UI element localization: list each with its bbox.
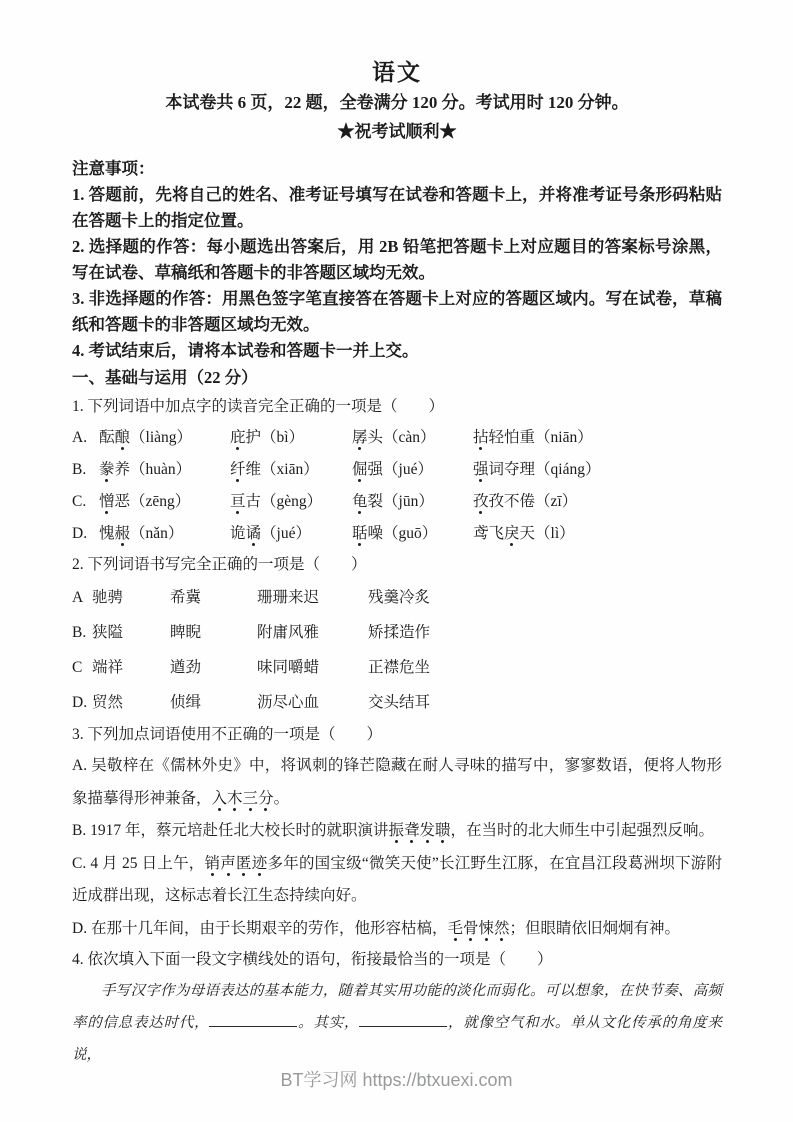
question-1-stem: 1. 下列词语中加点字的读音完全正确的一项是（ ） [72,392,722,422]
option-label: B. [72,454,99,486]
option-word: 愧赧（nǎn） [99,518,230,550]
option-row-d: D. 愧赧（nǎn） 诡谲（jué） 聒噪（guō） 鸢飞戾天（lì） [72,518,722,550]
option-word: 倔强（jué） [352,454,473,486]
exam-wish-line: ★祝考试顺利★ [72,117,722,146]
option-word: 端祥 [92,650,170,685]
option-word: 矫揉造作 [368,615,722,650]
question-2-options: A 驰骋 希冀 珊珊来迟 残羹冷炙 B. 狭隘 睥睨 附庸风雅 矫揉造作 C 端… [72,580,722,720]
option-row-b: B. 豢养（huàn） 纤维（xiān） 倔强（jué） 强词夺理（qiáng） [72,454,722,486]
option-word: 纤维（xiān） [230,454,352,486]
option-word: 孱头（càn） [352,422,473,454]
option-word: 睥睨 [170,615,257,650]
option-row-c: C 端祥 遒劲 味同嚼蜡 正襟危坐 [72,650,722,685]
question-1: 1. 下列词语中加点字的读音完全正确的一项是（ ） A. 酝酿（liàng） 庇… [72,392,722,550]
fill-blank-underline [209,1012,297,1028]
fill-blank-underline [359,1012,447,1028]
option-word: 豢养（huàn） [99,454,230,486]
notice-item-3: 3. 非选择题的作答：用黑色签字笔直接答在答题卡上对应的答题区域内。写在试卷，草… [72,286,722,338]
option-label: A [72,580,92,615]
option-word: 狭隘 [92,615,170,650]
option-label: D. [72,518,99,550]
question-2-stem: 2. 下列词语书写完全正确的一项是（ ） [72,550,722,580]
watermark-credit: BT学习网 https://btxuexi.com [0,1066,793,1092]
option-word: 沥尽心血 [257,685,368,720]
exam-paper: 语文 本试卷共 6 页，22 题，全卷满分 120 分。考试用时 120 分钟。… [0,0,793,1122]
notice-section: 注意事项： 1. 答题前，先将自己的姓名、准考证号填写在试卷和答题卡上，并将准考… [72,156,722,364]
question-3: 3. 下列加点词语使用不正确的一项是（ ） A. 吴敬梓在《儒林外史》中，将讽刺… [72,720,722,945]
notice-item-2: 2. 选择题的作答：每小题选出答案后，用 2B 铅笔把答题卡上对应题目的答案标号… [72,234,722,286]
option-row-b: B. 狭隘 睥睨 附庸风雅 矫揉造作 [72,615,722,650]
option-word: 交头结耳 [368,685,722,720]
option-word: 正襟危坐 [368,650,722,685]
option-row-d: D. 贸然 侦缉 沥尽心血 交头结耳 [72,685,722,720]
option-label: C. [72,486,99,518]
option-paragraph-b: B. 1917 年，蔡元培赴任北大校长时的就职演讲振聋发聩，在当时的北大师生中引… [72,815,722,848]
option-word: 残羹冷炙 [368,580,722,615]
option-word: 鸢飞戾天（lì） [473,518,722,550]
option-word: 酝酿（liàng） [99,422,230,454]
option-word: 驰骋 [92,580,170,615]
option-row-c: C. 憎恶（zēng） 亘古（gèng） 龟裂（jūn） 孜孜不倦（zī） [72,486,722,518]
option-row-a: A 驰骋 希冀 珊珊来迟 残羹冷炙 [72,580,722,615]
option-word: 遒劲 [170,650,257,685]
question-3-stem: 3. 下列加点词语使用不正确的一项是（ ） [72,720,722,750]
fill-blank-paragraph: 手写汉字作为母语表达的基本能力，随着其实用功能的淡化而弱化。可以想象，在快节奏、… [72,975,722,1071]
paragraph-segment: 。其实， [297,1015,359,1031]
option-word: 附庸风雅 [257,615,368,650]
option-word: 强词夺理（qiáng） [473,454,722,486]
option-word: 聒噪（guō） [352,518,473,550]
notice-item-1: 1. 答题前，先将自己的姓名、准考证号填写在试卷和答题卡上，并将准考证号条形码粘… [72,182,722,234]
option-word: 憎恶（zēng） [99,486,230,518]
option-word: 贸然 [92,685,170,720]
question-2: 2. 下列词语书写完全正确的一项是（ ） A 驰骋 希冀 珊珊来迟 残羹冷炙 B… [72,550,722,720]
option-label: B. [72,615,92,650]
question-1-options: A. 酝酿（liàng） 庇护（bì） 孱头（càn） 拈轻怕重（niān） B… [72,422,722,550]
option-paragraph-d: D. 在那十几年间，由于长期艰辛的劳作，他形容枯槁，毛骨悚然；但眼睛依旧炯炯有神… [72,913,722,946]
option-word: 希冀 [170,580,257,615]
option-word: 亘古（gèng） [230,486,352,518]
option-word: 侦缉 [170,685,257,720]
option-label: C [72,650,92,685]
option-word: 龟裂（jūn） [352,486,473,518]
notice-heading: 注意事项： [72,156,722,182]
option-word: 孜孜不倦（zī） [473,486,722,518]
option-word: 庇护（bì） [230,422,352,454]
option-row-a: A. 酝酿（liàng） 庇护（bì） 孱头（càn） 拈轻怕重（niān） [72,422,722,454]
option-word: 诡谲（jué） [230,518,352,550]
option-word: 味同嚼蜡 [257,650,368,685]
exam-title: 语文 [72,58,722,88]
question-4-stem: 4. 依次填入下面一段文字横线处的语句，衔接最恰当的一项是（ ） [72,945,722,975]
option-paragraph-c: C. 4 月 25 日上午，销声匿迹多年的国宝级“微笑天使”长江野生江豚，在宜昌… [72,848,722,913]
option-label: A. [72,422,99,454]
question-4: 4. 依次填入下面一段文字横线处的语句，衔接最恰当的一项是（ ） 手写汉字作为母… [72,945,722,1071]
option-word: 拈轻怕重（niān） [473,422,722,454]
option-paragraph-a: A. 吴敬梓在《儒林外史》中，将讽刺的锋芒隐藏在耐人寻味的描写中，寥寥数语，便将… [72,750,722,815]
option-label: D. [72,685,92,720]
notice-item-4: 4. 考试结束后，请将本试卷和答题卡一并上交。 [72,338,722,364]
section-1-heading: 一、基础与运用（22 分） [72,364,722,392]
exam-info-line: 本试卷共 6 页，22 题，全卷满分 120 分。考试用时 120 分钟。 [72,88,722,117]
option-word: 珊珊来迟 [257,580,368,615]
